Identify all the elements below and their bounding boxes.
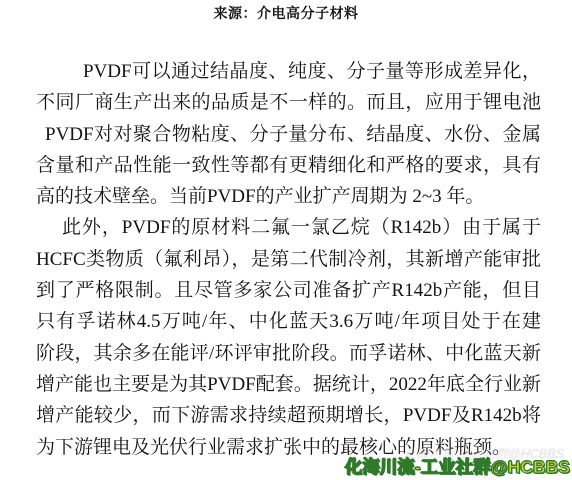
article-text-line: 增产能较少，而下游需求持续超预期增长，PVDF及R142b将成 [36, 400, 541, 431]
article-text-line: 到了严格限制。且尽管多家公司准备扩产R142b产能，但目前 [36, 275, 541, 306]
article-text-line: PVDF对对聚合物粘度、分子量分布、结晶度、水份、金属离子 [36, 119, 541, 150]
article-text-line: 增产能也主要是为其PVDF配套。据统计，2022年底全行业新 [36, 369, 541, 400]
article-text-line: 高的技术壁垒。当前PVDF的产业扩产周期为 2~3 年。 [36, 181, 541, 212]
hcbbs-watermark: 化海川流-工业社群@HCBBS [345, 454, 570, 479]
article-text-line: PVDF可以通过结晶度、纯度、分子量等形成差异化，因此 [36, 56, 541, 87]
article-body: PVDF可以通过结晶度、纯度、分子量等形成差异化，因此不同厂商生产出来的品质是不… [36, 56, 541, 463]
article-text-line: 不同厂商生产出来的品质是不一样的。而且，应用于锂电池的 [36, 87, 541, 118]
source-attribution: 来源：介电高分子材料 [0, 3, 572, 23]
article-text-line: 此外，PVDF的原材料二氟一氯乙烷（R142b）由于属于 [36, 212, 541, 243]
document-page: 来源：介电高分子材料 PVDF可以通过结晶度、纯度、分子量等形成差异化，因此不同… [0, 0, 572, 480]
article-text-line: 含量和产品性能一致性等都有更精细化和严格的要求，具有更 [36, 150, 541, 181]
article-text-line: 阶段，其余多在能评/环评审批阶段。而孚诺林、中化蓝天新 [36, 338, 541, 369]
article-text-line: 只有孚诺林4.5万吨/年、中化蓝天3.6万吨/年项目处于在建 [36, 306, 541, 337]
article-text-line: HCFC类物质（氟利昂），是第二代制冷剂，其新增产能审批受 [36, 244, 541, 275]
